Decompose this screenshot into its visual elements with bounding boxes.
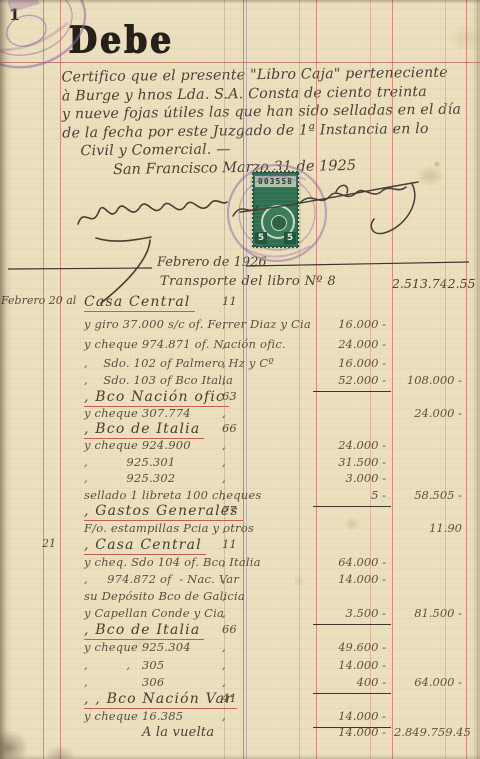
account-name: Casa Central: [84, 294, 195, 312]
amount-total: 64.000 -: [394, 675, 462, 689]
page-number: 1: [9, 5, 20, 24]
entry-desc: su Depósito Bco de Galicia: [84, 589, 245, 603]
folio-ditto: ,: [222, 337, 242, 351]
amount-partial: 3.500 -: [316, 606, 386, 620]
table-row: , 974.872 of - Nac. Var , 14.000 -: [0, 572, 480, 590]
amount-total: 24.000 -: [394, 406, 462, 420]
table-row: y cheque 925.304 , 49.600 -: [0, 640, 480, 658]
account-name: , , Bco Nación Var: [84, 691, 237, 709]
amount-partial: 24.000 -: [316, 438, 386, 452]
folio-ditto: ,: [222, 555, 242, 569]
transport-desc: Transporte del libro Nº 8: [160, 274, 336, 289]
revenue-stamp-value-left: 5: [255, 232, 267, 244]
certification-text: Certifico que el presente "Libro Caja" p…: [61, 64, 466, 162]
amount-total: 58.505 -: [394, 488, 462, 502]
amount-partial: 3.000 -: [316, 471, 386, 485]
folio-ditto: ,: [222, 640, 242, 654]
folio-ditto: ,: [222, 589, 242, 603]
entry-date: 21: [42, 537, 72, 550]
amount-partial: 14.000 -: [316, 572, 386, 586]
folio-number: 66: [222, 421, 242, 435]
folio-ditto: ,: [222, 606, 242, 620]
transport-amount: 2.513.742.55: [392, 276, 464, 291]
table-row: , Bco de Italia 66: [0, 622, 480, 640]
folio-ditto: ,: [222, 356, 242, 370]
folio-ditto: ,: [222, 488, 242, 502]
entry-date: Febrero 20 al: [1, 294, 87, 307]
account-name: , Gastos Generales: [84, 503, 243, 521]
entry-desc: y cheque 924.900: [84, 438, 191, 452]
folio-ditto: ,: [222, 373, 242, 387]
amount-total: 2.849.759.45: [394, 725, 462, 739]
amount-partial: 52.000 -: [316, 373, 386, 387]
amount-partial: 14.000 -: [316, 725, 386, 739]
entry-desc: , 974.872 of - Nac. Var: [84, 572, 239, 586]
amount-partial: 5 -: [316, 488, 386, 502]
ledger-page: 1 Debe Certifico que el presente "Libro …: [0, 0, 480, 759]
table-row: y giro 37.000 s/c of. Ferrer Diaz y Cia …: [0, 317, 480, 335]
account-name: , Casa Central: [84, 537, 206, 555]
folio-ditto: ,: [222, 572, 242, 586]
folio-ditto: ,: [222, 709, 242, 723]
entry-desc: y Capellan Conde y Cia: [84, 606, 224, 620]
entry-desc: y cheque 974.871 of. Nación ofic.: [84, 337, 286, 351]
folio-ditto: ,: [222, 406, 242, 420]
folio-number: 11: [222, 294, 242, 308]
folio-ditto: ,: [222, 521, 242, 535]
amount-partial: 400 -: [316, 675, 386, 689]
table-row: , , 305 , 14.000 -: [0, 658, 480, 676]
certification-line: Civil y Comercial. —: [62, 138, 466, 162]
folio-ditto: ,: [222, 471, 242, 485]
entry-desc: y cheque 925.304: [84, 640, 191, 654]
account-name: , Bco Nación ofic: [84, 389, 229, 407]
amount-partial: 64.000 -: [316, 555, 386, 569]
folio-ditto: ,: [222, 438, 242, 452]
table-row: 21 , Casa Central 11: [0, 537, 480, 555]
revenue-stamp-serial: 003558: [255, 176, 296, 187]
entry-desc: y giro 37.000 s/c of. Ferrer Diaz y Cia: [84, 317, 311, 331]
amount-partial: 31.500 -: [316, 455, 386, 469]
amount-partial: 24.000 -: [316, 337, 386, 351]
entry-desc: , 925.302: [84, 471, 175, 485]
table-row: y cheq. Sdo 104 of. Bco Italia , 64.000 …: [0, 555, 480, 573]
amount-partial: 16.000 -: [316, 317, 386, 331]
entry-desc: y cheque 16.385: [84, 709, 183, 723]
folio-ditto: ,: [222, 455, 242, 469]
table-row: Febrero 20 al Casa Central 11: [0, 294, 480, 312]
table-row: , Gastos Generales 77: [0, 503, 480, 521]
amount-partial: 49.600 -: [316, 640, 386, 654]
table-row: su Depósito Bco de Galicia ,: [0, 589, 480, 607]
table-row: , Sdo. 102 of Palmero Hz y Cº , 16.000 -: [0, 356, 480, 374]
entry-desc: , Sdo. 102 of Palmero Hz y Cº: [84, 356, 274, 370]
account-name: , Bco de Italia: [84, 622, 204, 640]
entry-desc: , 925.301: [84, 455, 175, 469]
table-row: A la vuelta 14.000 - 2.849.759.45: [0, 725, 480, 743]
entry-desc: , Sdo. 103 of Bco Italia: [84, 373, 233, 387]
folio-ditto: ,: [222, 658, 242, 672]
table-row: , 925.302 , 3.000 -: [0, 471, 480, 489]
folio-ditto: ,: [222, 675, 242, 689]
entry-desc: y cheque 307.774: [84, 406, 191, 420]
carry-forward-label: A la vuelta: [142, 725, 214, 740]
amount-partial: 16.000 -: [316, 356, 386, 370]
amount-partial: 14.000 -: [316, 658, 386, 672]
amount-partial: 14.000 -: [316, 709, 386, 723]
amount-total: 108.000 -: [394, 373, 462, 387]
table-row: y cheque 974.871 of. Nación ofic. , 24.0…: [0, 337, 480, 355]
entry-desc: , 306: [84, 675, 164, 689]
period-label: Febrero de 1926: [157, 255, 267, 270]
revenue-stamp-value-right: 5: [284, 232, 296, 244]
folio-number: 63: [222, 389, 242, 403]
amount-total: 81.500 -: [394, 606, 462, 620]
amount-total: 11.90: [394, 521, 462, 535]
folio-number: 11: [222, 537, 242, 551]
folio-number: 66: [222, 622, 242, 636]
page-title: Debe: [68, 18, 174, 62]
entry-desc: , , 305: [84, 658, 164, 672]
table-row: , , Bco Nación Var 41: [0, 691, 480, 709]
certification-dateline: San Francisco Marzo 31 de 1925: [113, 158, 356, 178]
folio-ditto: ,: [222, 317, 242, 331]
revenue-stamp: 003558 5 5: [252, 171, 299, 248]
table-row: , Bco Nación ofic 63: [0, 389, 480, 407]
account-name: , Bco de Italia: [84, 421, 204, 439]
table-row: y cheque 924.900 , 24.000 -: [0, 438, 480, 456]
ruling-header-line: [0, 62, 480, 63]
folio-number: 77: [222, 503, 242, 517]
folio-number: 41: [222, 691, 242, 705]
table-row: , Bco de Italia 66: [0, 421, 480, 439]
